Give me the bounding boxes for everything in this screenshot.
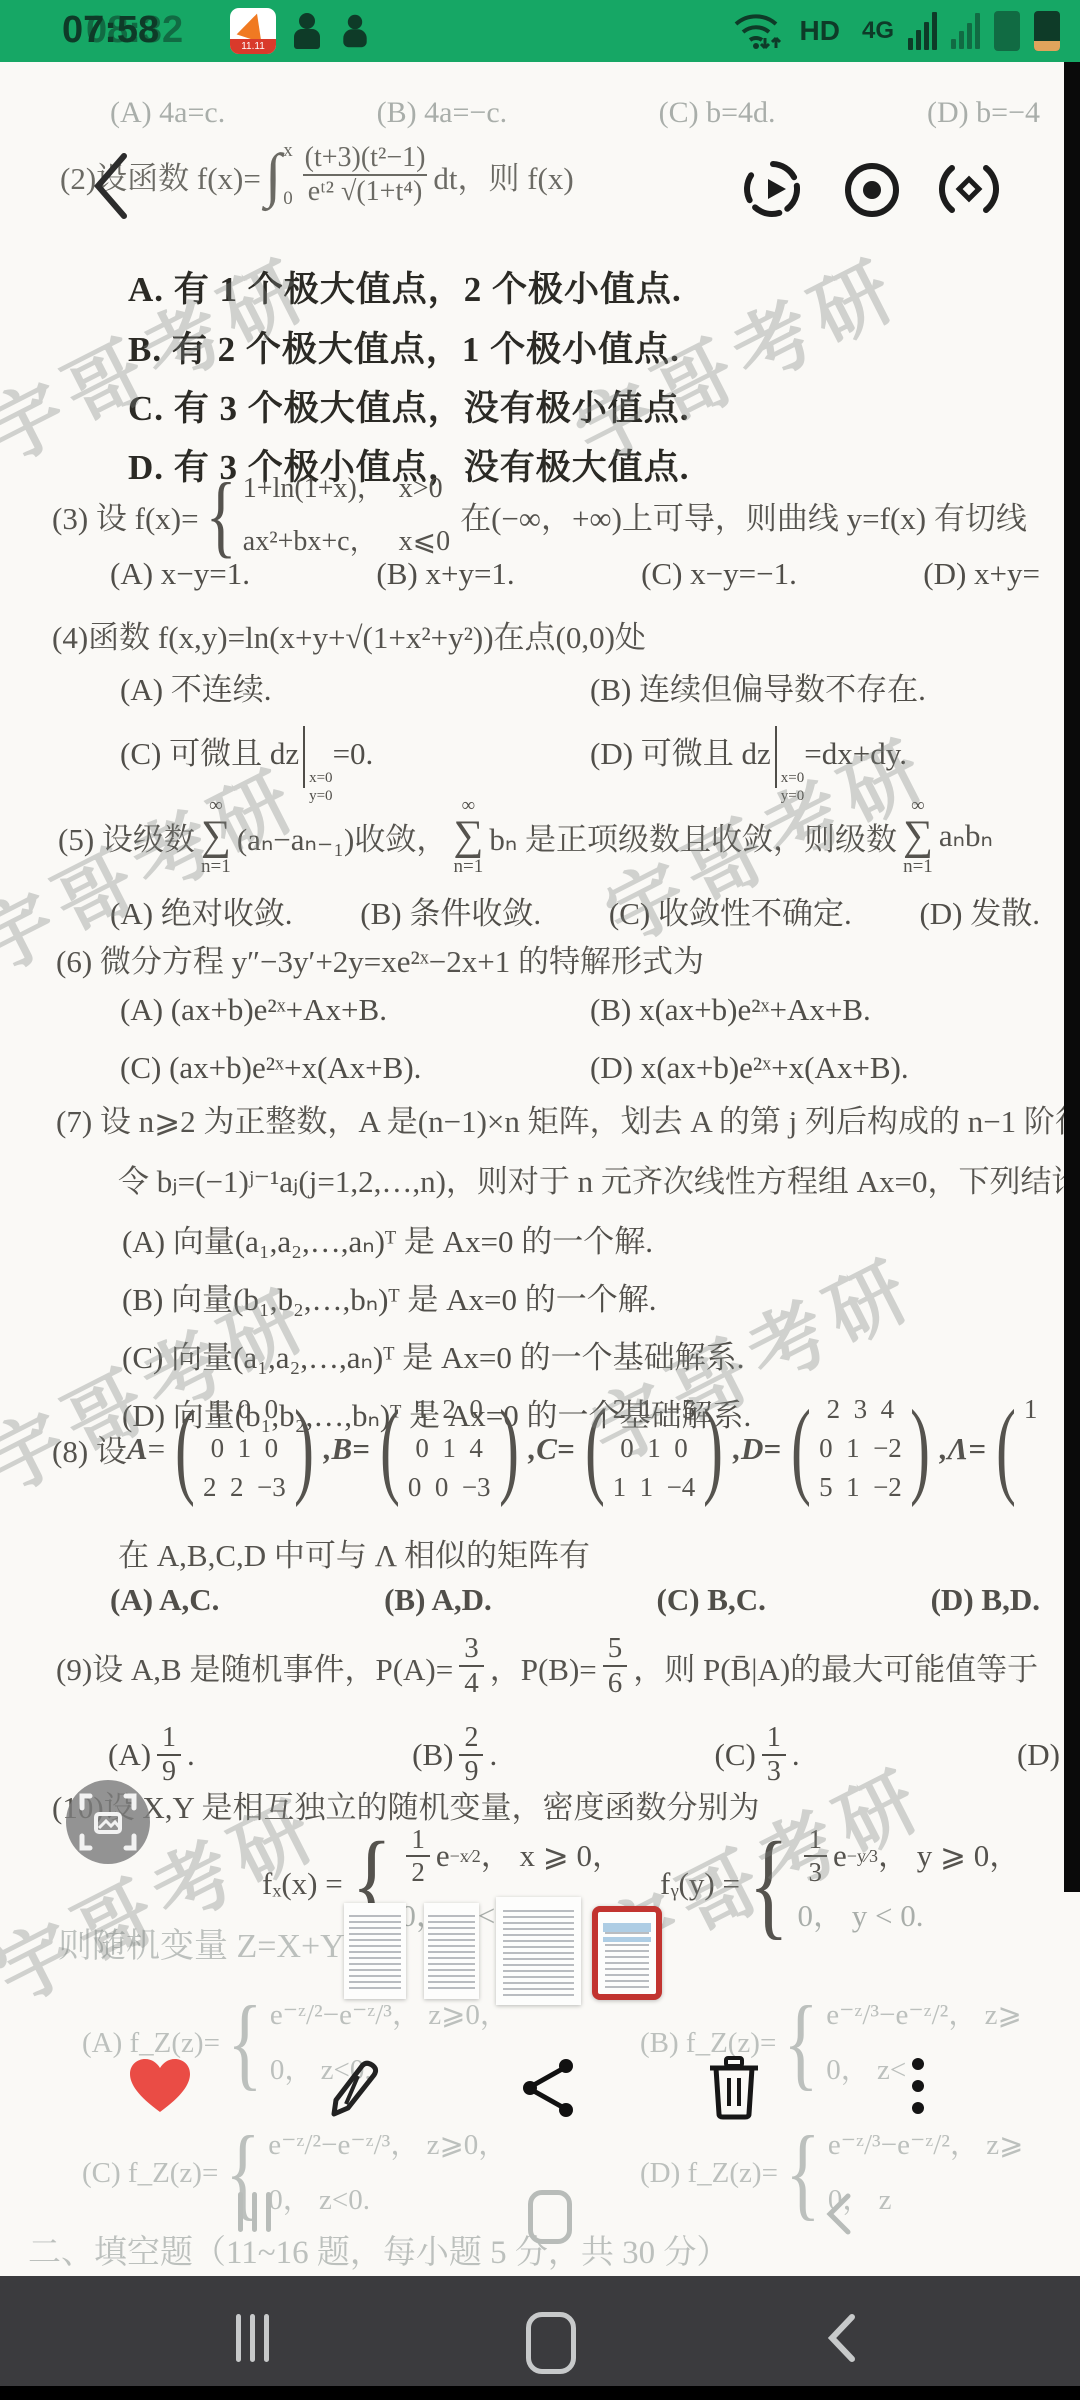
q9-option-b: (B)29. bbox=[412, 1722, 497, 1788]
q1-option-c: (C) b=4d. bbox=[659, 96, 776, 130]
integral-symbol: ∫ x0 bbox=[265, 140, 293, 210]
q9-option-c: (C)13. bbox=[715, 1722, 800, 1788]
q2-frac-den: eᵗ² √(1+t⁴) bbox=[303, 174, 428, 208]
signal-bars-icon bbox=[908, 12, 937, 50]
thumbnail-page-4-selected[interactable] bbox=[592, 1906, 662, 2000]
q1-option-a: (A) 4a=c. bbox=[110, 96, 225, 130]
delete-button[interactable] bbox=[706, 2056, 770, 2120]
q6-options-row-1: (A) (ax+b)e²ˣ+Ax+B. (B) x(ax+b)e²ˣ+Ax+B. bbox=[120, 992, 1050, 1028]
q9-option-d: (D) bbox=[1017, 1737, 1060, 1773]
q5-options-row: (A) 绝对收敛. (B) 条件收敛. (C) 收敛性不确定. (D) 发散. bbox=[110, 888, 1040, 933]
matrix-B: (1 2 0 0 1 4 0 0 −3) bbox=[372, 1390, 527, 1507]
q9-option-a: (A)19. bbox=[108, 1722, 195, 1788]
q2-stem: (2)设函数 f(x)= ∫ x0 (t+3)(t²−1) eᵗ² √(1+t⁴… bbox=[60, 140, 574, 210]
q10-stem: (10)设 X,Y 是相互独立的随机变量，密度函数分别为 bbox=[52, 1782, 760, 1827]
status-bar: 07:58 08:32 11.11 HD 4G bbox=[0, 0, 1080, 62]
q8-options-row: (A) A,C. (B) A,D. (C) B,C. (D) B,D. bbox=[110, 1582, 1040, 1618]
q7-option-a: (A) 向量(a₁,a₂,…,aₙ)ᵀ 是 Ax=0 的一个解. bbox=[122, 1216, 653, 1261]
q5-option-d: (D) 发散. bbox=[919, 888, 1040, 933]
q6-option-a: (A) (ax+b)e²ˣ+Ax+B. bbox=[120, 992, 590, 1028]
q3-stem-pre: (3) 设 f(x)= bbox=[52, 493, 199, 538]
battery-icon bbox=[1034, 11, 1060, 51]
app-icon-badge: 11.11 bbox=[230, 39, 276, 54]
q8-option-c: (C) B,C. bbox=[657, 1582, 766, 1618]
q3-option-b: (B) x+y=1. bbox=[376, 556, 514, 592]
matrix-Lambda: (1 bbox=[988, 1390, 1037, 1507]
q3-option-c: (C) x−y=−1. bbox=[641, 556, 797, 592]
q4-option-b: (B) 连续但偏导数不存在. bbox=[590, 664, 1050, 709]
more-options-button[interactable] bbox=[908, 2056, 972, 2120]
q4-option-a: (A) 不连续. bbox=[120, 664, 590, 709]
thumbnail-page-2[interactable] bbox=[424, 1903, 479, 1999]
q6-option-b: (B) x(ax+b)e²ˣ+Ax+B. bbox=[590, 992, 1050, 1028]
thumbnail-page-3[interactable] bbox=[496, 1897, 581, 2005]
q9-stem: (9)设 A,B 是随机事件，P(A)= 34 ，P(B)= 56 ，则 P(B… bbox=[56, 1632, 1038, 1701]
notification-icon-1 bbox=[290, 11, 324, 51]
q5-option-b: (B) 条件收敛. bbox=[360, 888, 541, 933]
q4-options-row-1: (A) 不连续. (B) 连续但偏导数不存在. bbox=[120, 664, 1050, 709]
q9-options-row: (A)19. (B)29. (C)13. (D) bbox=[108, 1722, 1060, 1788]
q6-option-c: (C) (ax+b)e²ˣ+x(Ax+B). bbox=[120, 1050, 590, 1086]
q1-option-b: (B) 4a=−c. bbox=[377, 96, 507, 130]
sigma-symbol: ∞∑n=1 bbox=[453, 796, 483, 876]
q2-stem-post: dt，则 f(x) bbox=[433, 153, 573, 198]
q8-stem-line2: 在 A,B,C,D 中可与 Λ 相似的矩阵有 bbox=[118, 1530, 590, 1575]
ghost-back-nav-icon bbox=[822, 2192, 856, 2236]
wifi-icon bbox=[732, 10, 784, 52]
battery-ghost-icon bbox=[994, 11, 1020, 51]
q3-stem-post: 在(−∞，+∞)上可导，则曲线 y=f(x) 有切线 bbox=[460, 493, 1027, 538]
q3-option-d: (D) x+y= bbox=[923, 556, 1040, 592]
notification-app-icon: 11.11 bbox=[230, 8, 276, 54]
q3-options-row: (A) x−y=1. (B) x+y=1. (C) x−y=−1. (D) x+… bbox=[110, 556, 1040, 592]
matrix-D: (2 3 4 0 1 −2 5 1 −2) bbox=[783, 1390, 938, 1507]
q4-stem: (4)函数 f(x,y)=ln(x+y+√(1+x²+y²))在点(0,0)处 bbox=[52, 612, 646, 657]
q3-option-a: (A) x−y=1. bbox=[110, 556, 250, 592]
q8-option-d: (D) B,D. bbox=[931, 1582, 1040, 1618]
q7-stem-line2: 令 bⱼ=(−1)ʲ⁻¹aⱼ(j=1,2,…,n)，则对于 n 元齐次线性方程组… bbox=[118, 1156, 1080, 1201]
scan-document-button[interactable] bbox=[66, 1780, 150, 1864]
focus-eye-icon[interactable] bbox=[842, 160, 902, 220]
q3-brace: { bbox=[205, 476, 236, 554]
favorite-button[interactable] bbox=[128, 2058, 192, 2122]
share-button[interactable] bbox=[520, 2058, 584, 2122]
clock-time-ghost: 08:32 bbox=[86, 9, 183, 52]
edit-button[interactable] bbox=[322, 2056, 386, 2120]
ghost-option-c: (C) f_Z(z)={ e⁻ᶻ/²−e⁻ᶻ/³， z⩾0，0， z<0. bbox=[82, 2118, 507, 2228]
q1-option-d: (D) b=−4 bbox=[927, 96, 1040, 130]
ghost-fill-blank-heading: 二、填空题（11~16 题，每小题 5 分，共 30 分） bbox=[28, 2226, 729, 2273]
q8-option-a: (A) A,C. bbox=[110, 1582, 219, 1618]
hd-indicator: HD bbox=[800, 15, 840, 47]
home-button[interactable] bbox=[526, 2312, 576, 2374]
q3-stem: (3) 设 f(x)= { 1+ln(1+x)， x>0 ax²+bx+c， x… bbox=[52, 462, 1027, 568]
app-icon-sail bbox=[237, 10, 270, 43]
q6-options-row-2: (C) (ax+b)e²ˣ+x(Ax+B). (D) x(ax+b)e²ˣ+x(… bbox=[120, 1050, 1050, 1086]
ghost-recents-icon bbox=[238, 2192, 271, 2232]
photo-edge bbox=[1064, 62, 1080, 1892]
back-button[interactable] bbox=[88, 148, 134, 229]
network-type: 4G bbox=[862, 17, 894, 45]
motion-photo-icon[interactable] bbox=[742, 158, 804, 220]
q6-option-d: (D) x(ax+b)e²ˣ+x(Ax+B). bbox=[590, 1050, 1050, 1086]
spin-view-icon[interactable] bbox=[938, 158, 1000, 220]
notification-icon-2 bbox=[340, 13, 371, 49]
recents-button[interactable] bbox=[236, 2314, 269, 2362]
signal-bars-ghost-icon bbox=[951, 13, 980, 49]
q8-option-b: (B) A,D. bbox=[384, 1582, 492, 1618]
q3-cases: 1+ln(1+x)， x>0 ax²+bx+c， x⩽0 bbox=[243, 462, 450, 568]
back-nav-button[interactable] bbox=[822, 2312, 860, 2364]
q2-frac-num: (t+3)(t²−1) bbox=[305, 142, 426, 174]
q7-stem-line1: (7) 设 n⩾2 为正整数，A 是(n−1)×n 矩阵，划去 A 的第 j 列… bbox=[56, 1096, 1080, 1141]
q6-stem: (6) 微分方程 y″−3y′+2y=xe²ˣ−2x+1 的特解形式为 bbox=[56, 936, 704, 981]
ghost-home-icon bbox=[528, 2190, 572, 2244]
q1-options-row: (A) 4a=c. (B) 4a=−c. (C) b=4d. (D) b=−4 bbox=[110, 96, 1040, 130]
thumbnail-page-1[interactable] bbox=[344, 1903, 406, 1999]
screen-bottom-inset bbox=[0, 2386, 1080, 2400]
phone-screen: 07:58 08:32 11.11 HD 4G 宇哥考研 bbox=[0, 0, 1080, 2400]
